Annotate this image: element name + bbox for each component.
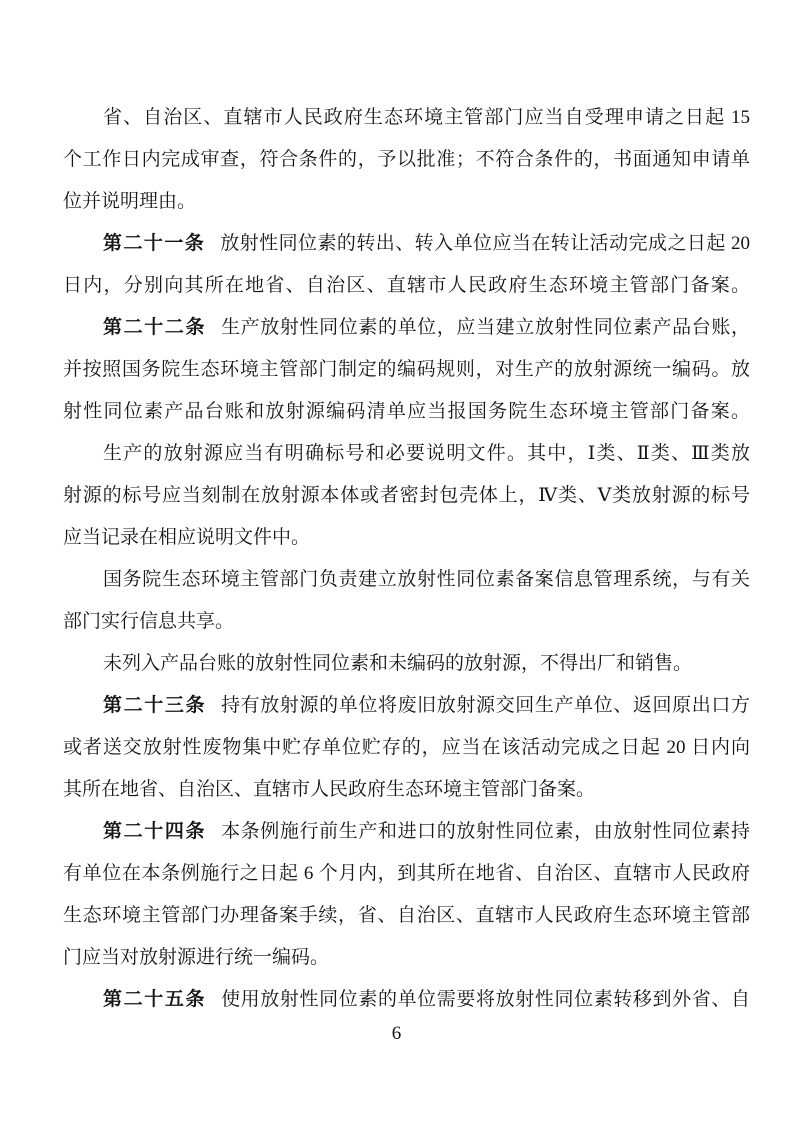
text-line: 日内，分别向其所在地省、自治区、直辖市人民政府生态环境主管部门备案。 bbox=[63, 265, 750, 307]
article-number: 第二十四条 bbox=[103, 821, 206, 842]
paragraph: 国务院生态环境主管部门负责建立放射性同位素备案信息管理系统，与有关 部门实行信息… bbox=[63, 559, 750, 643]
text-line: 第二十五条使用放射性同位素的单位需要将放射性同位素转移到外省、自 bbox=[63, 979, 750, 1021]
line-text: 生态环境主管部门办理备案手续，省、自治区、直辖市人民政府生态环境主管部 bbox=[63, 905, 750, 926]
line-text: 省、自治区、直辖市人民政府生态环境主管部门应当自受理申请之日起 15 bbox=[103, 107, 750, 128]
text-line: 未列入产品台账的放射性同位素和未编码的放射源，不得出厂和销售。 bbox=[63, 643, 750, 685]
text-line: 国务院生态环境主管部门负责建立放射性同位素备案信息管理系统，与有关 bbox=[63, 559, 750, 601]
article-number: 第二十三条 bbox=[103, 695, 206, 716]
line-text: 射性同位素产品台账和放射源编码清单应当报国务院生态环境主管部门备案。 bbox=[63, 401, 750, 422]
paragraph: 省、自治区、直辖市人民政府生态环境主管部门应当自受理申请之日起 15 个工作日内… bbox=[63, 97, 750, 223]
line-text: 使用放射性同位素的单位需要将放射性同位素转移到外省、自 bbox=[221, 989, 750, 1010]
text-line: 第二十四条本条例施行前生产和进口的放射性同位素，由放射性同位素持 bbox=[63, 811, 750, 853]
line-text: 持有放射源的单位将废旧放射源交回生产单位、返回原出口方 bbox=[221, 695, 750, 716]
line-text: 门应当对放射源进行统一编码。 bbox=[63, 947, 329, 968]
line-text: 生产的放射源应当有明确标号和必要说明文件。其中，Ⅰ类、Ⅱ类、Ⅲ类放 bbox=[103, 443, 750, 464]
document-page: 省、自治区、直辖市人民政府生态环境主管部门应当自受理申请之日起 15 个工作日内… bbox=[0, 0, 793, 1122]
paragraph-article-25: 第二十五条使用放射性同位素的单位需要将放射性同位素转移到外省、自 bbox=[63, 979, 750, 1021]
line-text: 其所在地省、自治区、直辖市人民政府生态环境主管部门备案。 bbox=[63, 779, 595, 800]
article-number: 第二十二条 bbox=[103, 317, 206, 338]
line-text: 日内，分别向其所在地省、自治区、直辖市人民政府生态环境主管部门备案。 bbox=[63, 275, 750, 296]
line-text: 未列入产品台账的放射性同位素和未编码的放射源，不得出厂和销售。 bbox=[103, 653, 692, 674]
paragraph-article-21: 第二十一条放射性同位素的转出、转入单位应当在转让活动完成之日起 20 日内，分别… bbox=[63, 223, 750, 307]
page-number: 6 bbox=[0, 1022, 793, 1046]
line-text: 有单位在本条例施行之日起 6 个月内，到其所在地省、自治区、直辖市人民政府 bbox=[63, 863, 750, 884]
paragraph-article-24: 第二十四条本条例施行前生产和进口的放射性同位素，由放射性同位素持 有单位在本条例… bbox=[63, 811, 750, 979]
text-line: 其所在地省、自治区、直辖市人民政府生态环境主管部门备案。 bbox=[63, 769, 750, 811]
text-line: 应当记录在相应说明文件中。 bbox=[63, 517, 750, 559]
text-line: 有单位在本条例施行之日起 6 个月内，到其所在地省、自治区、直辖市人民政府 bbox=[63, 853, 750, 895]
line-text: 本条例施行前生产和进口的放射性同位素，由放射性同位素持 bbox=[221, 821, 750, 842]
article-number: 第二十五条 bbox=[103, 989, 206, 1010]
text-line: 射性同位素产品台账和放射源编码清单应当报国务院生态环境主管部门备案。 bbox=[63, 391, 750, 433]
paragraph-article-22: 第二十二条生产放射性同位素的单位，应当建立放射性同位素产品台账， 并按照国务院生… bbox=[63, 307, 750, 433]
text-line: 门应当对放射源进行统一编码。 bbox=[63, 937, 750, 979]
text-line: 部门实行信息共享。 bbox=[63, 601, 750, 643]
paragraph: 未列入产品台账的放射性同位素和未编码的放射源，不得出厂和销售。 bbox=[63, 643, 750, 685]
paragraph-article-23: 第二十三条持有放射源的单位将废旧放射源交回生产单位、返回原出口方 或者送交放射性… bbox=[63, 685, 750, 811]
document-body: 省、自治区、直辖市人民政府生态环境主管部门应当自受理申请之日起 15 个工作日内… bbox=[63, 97, 750, 1021]
text-line: 位并说明理由。 bbox=[63, 181, 750, 223]
text-line: 第二十二条生产放射性同位素的单位，应当建立放射性同位素产品台账， bbox=[63, 307, 750, 349]
line-text: 或者送交放射性废物集中贮存单位贮存的，应当在该活动完成之日起 20 日内向 bbox=[63, 737, 750, 758]
line-text: 位并说明理由。 bbox=[63, 191, 196, 212]
text-line: 省、自治区、直辖市人民政府生态环境主管部门应当自受理申请之日起 15 bbox=[63, 97, 750, 139]
line-text: 射源的标号应当刻制在放射源本体或者密封包壳体上，Ⅳ类、Ⅴ类放射源的标号 bbox=[63, 485, 750, 506]
line-text: 并按照国务院生态环境主管部门制定的编码规则，对生产的放射源统一编码。放 bbox=[63, 359, 750, 380]
text-line: 或者送交放射性废物集中贮存单位贮存的，应当在该活动完成之日起 20 日内向 bbox=[63, 727, 750, 769]
text-line: 生产的放射源应当有明确标号和必要说明文件。其中，Ⅰ类、Ⅱ类、Ⅲ类放 bbox=[63, 433, 750, 475]
line-text: 个工作日内完成审查，符合条件的，予以批准；不符合条件的，书面通知申请单 bbox=[63, 149, 750, 170]
text-line: 射源的标号应当刻制在放射源本体或者密封包壳体上，Ⅳ类、Ⅴ类放射源的标号 bbox=[63, 475, 750, 517]
paragraph: 生产的放射源应当有明确标号和必要说明文件。其中，Ⅰ类、Ⅱ类、Ⅲ类放 射源的标号应… bbox=[63, 433, 750, 559]
line-text: 部门实行信息共享。 bbox=[63, 611, 234, 632]
line-text: 生产放射性同位素的单位，应当建立放射性同位素产品台账， bbox=[221, 317, 750, 338]
article-number: 第二十一条 bbox=[103, 233, 205, 254]
line-text: 国务院生态环境主管部门负责建立放射性同位素备案信息管理系统，与有关 bbox=[103, 569, 750, 590]
text-line: 并按照国务院生态环境主管部门制定的编码规则，对生产的放射源统一编码。放 bbox=[63, 349, 750, 391]
text-line: 个工作日内完成审查，符合条件的，予以批准；不符合条件的，书面通知申请单 bbox=[63, 139, 750, 181]
text-line: 生态环境主管部门办理备案手续，省、自治区、直辖市人民政府生态环境主管部 bbox=[63, 895, 750, 937]
line-text: 放射性同位素的转出、转入单位应当在转让活动完成之日起 20 bbox=[220, 233, 750, 254]
text-line: 第二十一条放射性同位素的转出、转入单位应当在转让活动完成之日起 20 bbox=[63, 223, 750, 265]
line-text: 应当记录在相应说明文件中。 bbox=[63, 527, 310, 548]
text-line: 第二十三条持有放射源的单位将废旧放射源交回生产单位、返回原出口方 bbox=[63, 685, 750, 727]
